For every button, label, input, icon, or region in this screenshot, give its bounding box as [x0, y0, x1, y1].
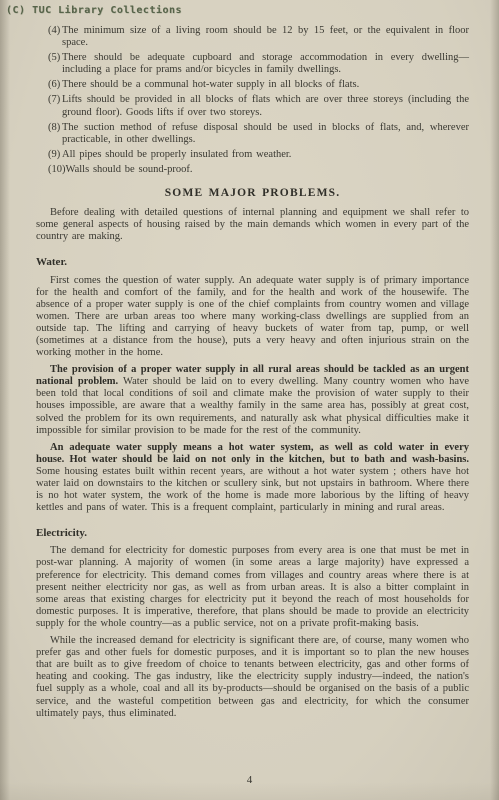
electricity-paragraph-1: The demand for electricity for domestic …: [36, 545, 469, 630]
scanned-document-page: (C) TUC Library Collections (4) The mini…: [0, 0, 499, 800]
water-paragraph-3-rest: Some housing estates built within recent…: [36, 466, 469, 513]
water-paragraph-3-bold: An adequate water supply means a hot wat…: [36, 442, 469, 465]
list-item-text: All pipes should be properly insulated f…: [62, 149, 469, 161]
page-number: 4: [0, 774, 499, 786]
water-paragraph-1: First comes the question of water supply…: [36, 275, 469, 360]
list-item-text: There should be a communal hot-water sup…: [62, 79, 469, 91]
list-item: (9) All pipes should be properly insulat…: [36, 149, 469, 161]
list-item-text: Lifts should be provided in all blocks o…: [62, 94, 469, 118]
list-item-number: (10): [36, 164, 66, 176]
list-item-number: (9): [36, 149, 62, 161]
page-content: (4) The minimum size of a living room sh…: [36, 25, 469, 720]
list-item-number: (8): [36, 122, 62, 146]
section-heading-electricity: Electricity.: [36, 527, 469, 539]
electricity-paragraph-2: While the increased demand for electrici…: [36, 635, 469, 720]
numbered-recommendations-list: (4) The minimum size of a living room sh…: [36, 25, 469, 176]
main-heading: SOME MAJOR PROBLEMS.: [36, 187, 469, 199]
water-paragraph-2: The provision of a proper water supply i…: [36, 364, 469, 437]
list-item-number: (7): [36, 94, 62, 118]
list-item-text: The suction method of refuse disposal sh…: [62, 122, 469, 146]
list-item: (10) Walls should be sound-proof.: [36, 164, 469, 176]
list-item-text: The minimum size of a living room should…: [62, 25, 469, 49]
list-item: (8) The suction method of refuse disposa…: [36, 122, 469, 146]
list-item-number: (6): [36, 79, 62, 91]
list-item: (4) The minimum size of a living room sh…: [36, 25, 469, 49]
section-heading-water: Water.: [36, 256, 469, 268]
list-item: (5) There should be adequate cupboard an…: [36, 52, 469, 76]
list-item: (6) There should be a communal hot-water…: [36, 79, 469, 91]
list-item: (7) Lifts should be provided in all bloc…: [36, 94, 469, 118]
list-item-number: (5): [36, 52, 62, 76]
intro-paragraph: Before dealing with detailed questions o…: [36, 207, 469, 243]
water-paragraph-3: An adequate water supply means a hot wat…: [36, 442, 469, 515]
library-watermark: (C) TUC Library Collections: [6, 5, 182, 16]
list-item-text: Walls should be sound-proof.: [66, 164, 470, 176]
list-item-number: (4): [36, 25, 62, 49]
list-item-text: There should be adequate cupboard and st…: [62, 52, 469, 76]
